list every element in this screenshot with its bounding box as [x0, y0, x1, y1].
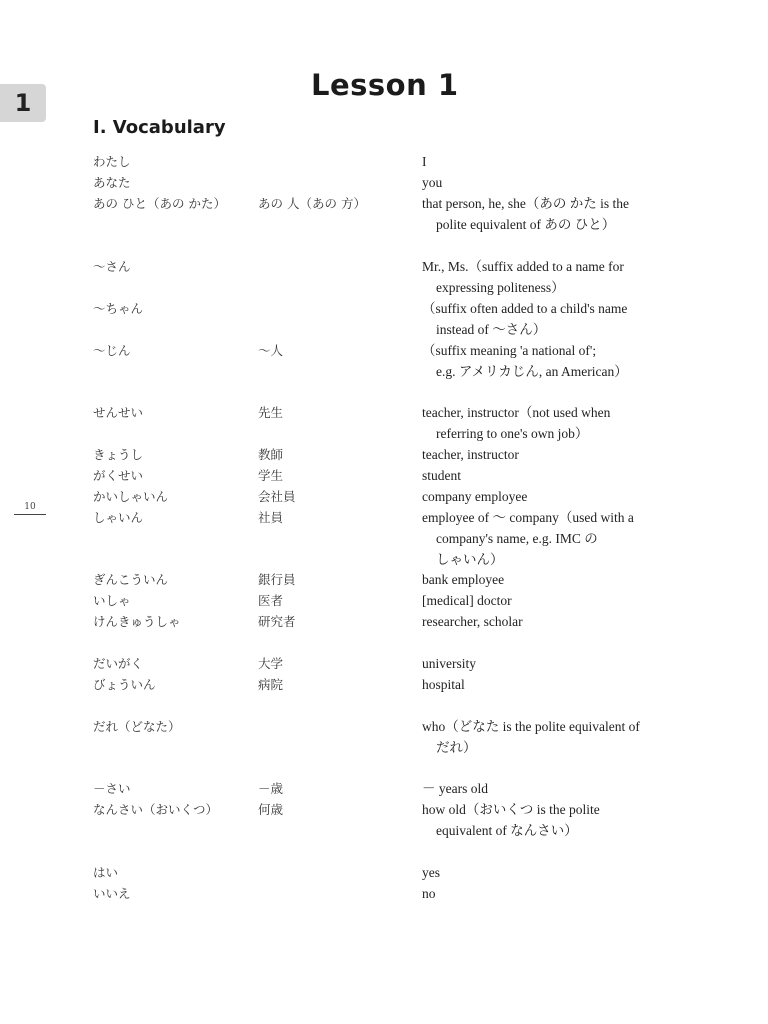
vocab-kana: ～ちゃん: [93, 298, 143, 319]
chapter-tab: 1: [0, 84, 46, 122]
vocab-kana: びょういん: [93, 674, 156, 695]
vocab-kanji: 学生: [258, 465, 283, 486]
meaning-line: polite equivalent of あの ひと）: [422, 214, 682, 235]
page-title: Lesson 1: [311, 68, 459, 102]
meaning-line: how old（おいくつ is the polite: [422, 799, 682, 820]
vocab-kana: きょうし: [93, 444, 143, 465]
meaning-line: しゃいん）: [422, 549, 682, 570]
vocab-meaning: you: [422, 172, 682, 193]
vocab-meaning: no: [422, 883, 682, 904]
meaning-line: yes: [422, 862, 682, 883]
vocab-kanji: ～人: [258, 340, 283, 361]
vocab-kanji: 会社員: [258, 486, 296, 507]
vocab-kana: しゃいん: [93, 507, 143, 528]
meaning-line: I: [422, 151, 682, 172]
vocab-kana: だれ（どなた）: [93, 716, 181, 737]
vocab-kanji: 大学: [258, 653, 283, 674]
meaning-line: employee of ～ company（used with a: [422, 507, 682, 528]
vocab-meaning: bank employee: [422, 569, 682, 590]
vocab-kanji: －歳: [258, 778, 283, 799]
meaning-line: equivalent of なんさい）: [422, 820, 682, 841]
meaning-line: you: [422, 172, 682, 193]
vocab-kana: ～さん: [93, 256, 131, 277]
vocab-kana: はい: [93, 862, 118, 883]
meaning-line: instead of ～さん）: [422, 319, 682, 340]
meaning-line: だれ）: [422, 737, 682, 758]
vocab-kana: がくせい: [93, 465, 143, 486]
vocab-kana: なんさい（おいくつ）: [93, 799, 218, 820]
meaning-line: who（どなた is the polite equivalent of: [422, 716, 682, 737]
vocab-meaning: Mr., Ms.（suffix added to a name forexpre…: [422, 256, 682, 298]
meaning-line: that person, he, she（あの かた is the: [422, 193, 682, 214]
vocab-kanji: あの 人（あの 方）: [258, 193, 366, 214]
vocab-kanji: 病院: [258, 674, 283, 695]
vocab-kana: いいえ: [93, 883, 131, 904]
vocab-kana: あなた: [93, 172, 131, 193]
vocab-kanji: 研究者: [258, 611, 296, 632]
vocab-meaning: teacher, instructor（not used whenreferri…: [422, 402, 682, 444]
vocab-kana: かいしゃいん: [93, 486, 168, 507]
vocab-kanji: 何歳: [258, 799, 283, 820]
vocab-kana: けんきゅうしゃ: [93, 611, 181, 632]
meaning-line: e.g. アメリカじん, an American）: [422, 361, 682, 382]
vocab-meaning: how old（おいくつ is the politeequivalent of …: [422, 799, 682, 841]
vocab-meaning: university: [422, 653, 682, 674]
vocab-kana: せんせい: [93, 402, 143, 423]
vocab-meaning: （suffix often added to a child's nameins…: [422, 298, 682, 340]
vocab-meaning: company employee: [422, 486, 682, 507]
meaning-line: company employee: [422, 486, 682, 507]
vocab-meaning: who（どなた is the polite equivalent ofだれ）: [422, 716, 682, 758]
vocab-meaning: employee of ～ company（used with acompany…: [422, 507, 682, 570]
page-number: 10: [14, 502, 46, 515]
meaning-line: teacher, instructor: [422, 444, 682, 465]
vocab-kana: あの ひと（あの かた）: [93, 193, 226, 214]
vocab-kana: いしゃ: [93, 590, 131, 611]
vocab-kanji: 教師: [258, 444, 283, 465]
meaning-line: bank employee: [422, 569, 682, 590]
vocab-meaning: researcher, scholar: [422, 611, 682, 632]
vocab-meaning: [medical] doctor: [422, 590, 682, 611]
vocab-meaning: I: [422, 151, 682, 172]
vocab-kanji: 医者: [258, 590, 283, 611]
vocab-kana: －さい: [93, 778, 131, 799]
vocab-meaning: hospital: [422, 674, 682, 695]
vocab-kana: ～じん: [93, 340, 131, 361]
meaning-line: researcher, scholar: [422, 611, 682, 632]
meaning-line: company's name, e.g. IMC の: [422, 528, 682, 549]
vocab-kana: わたし: [93, 151, 131, 172]
vocab-meaning: （suffix meaning 'a national of';e.g. アメリ…: [422, 340, 682, 382]
section-heading: I. Vocabulary: [93, 117, 226, 138]
vocab-meaning: teacher, instructor: [422, 444, 682, 465]
meaning-line: expressing politeness）: [422, 277, 682, 298]
vocab-meaning: that person, he, she（あの かた is thepolite …: [422, 193, 682, 235]
meaning-line: （suffix meaning 'a national of';: [422, 340, 682, 361]
vocab-kanji: 社員: [258, 507, 283, 528]
meaning-line: university: [422, 653, 682, 674]
meaning-line: student: [422, 465, 682, 486]
vocab-kana: だいがく: [93, 653, 143, 674]
meaning-line: Mr., Ms.（suffix added to a name for: [422, 256, 682, 277]
meaning-line: hospital: [422, 674, 682, 695]
meaning-line: teacher, instructor（not used when: [422, 402, 682, 423]
vocab-meaning: yes: [422, 862, 682, 883]
vocab-meaning: － years old: [422, 778, 682, 799]
vocab-kanji: 先生: [258, 402, 283, 423]
vocab-kanji: 銀行員: [258, 569, 296, 590]
vocab-meaning: student: [422, 465, 682, 486]
meaning-line: referring to one's own job）: [422, 423, 682, 444]
meaning-line: no: [422, 883, 682, 904]
vocab-kana: ぎんこういん: [93, 569, 168, 590]
meaning-line: （suffix often added to a child's name: [422, 298, 682, 319]
meaning-line: [medical] doctor: [422, 590, 682, 611]
meaning-line: － years old: [422, 778, 682, 799]
